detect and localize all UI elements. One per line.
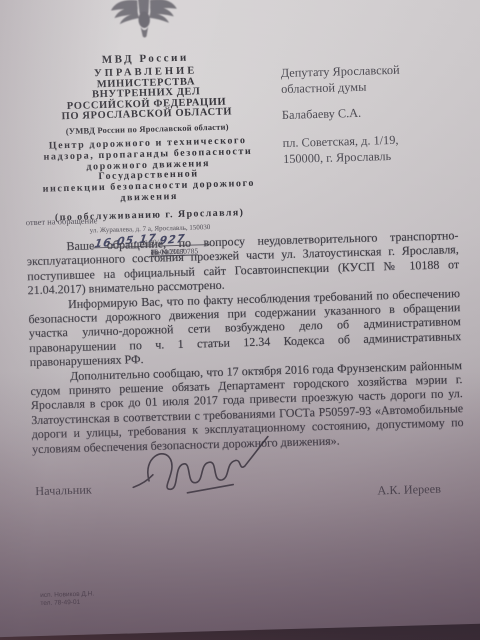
body-paragraph-2: Информирую Вас, что по факту несоблюдени… [28,286,462,370]
recipient-block: Депутату Ярославской областной думы Бала… [281,61,444,167]
letterhead: МВД России УПРАВЛЕНИЕ МИНИСТЕРСТВА ВНУТР… [12,0,283,251]
signature-scribble [128,433,278,499]
signer-title: Начальник [35,482,92,499]
photo-frame: МВД России УПРАВЛЕНИЕ МИНИСТЕРСТВА ВНУТР… [0,0,480,640]
recipient-address-line: 150000, г. Ярославль [283,147,443,167]
executor-phone: тел. 78-49-01 [40,598,94,608]
document-paper: МВД России УПРАВЛЕНИЕ МИНИСТЕРСТВА ВНУТР… [0,0,480,638]
subject-note: ответ на обращение [26,215,98,227]
recipient-title-line: областной думы [281,77,441,97]
executor-footer: исп. Новиков Д.Н. тел. 78-49-01 [40,590,94,607]
letter-body: Ваше обращение, по вопросу неудовлетвори… [26,228,464,456]
mvd-crest-icon [105,0,183,54]
signer-name: А.К. Иереев [377,482,441,499]
recipient-name: Балабаеву С.А. [282,103,442,123]
